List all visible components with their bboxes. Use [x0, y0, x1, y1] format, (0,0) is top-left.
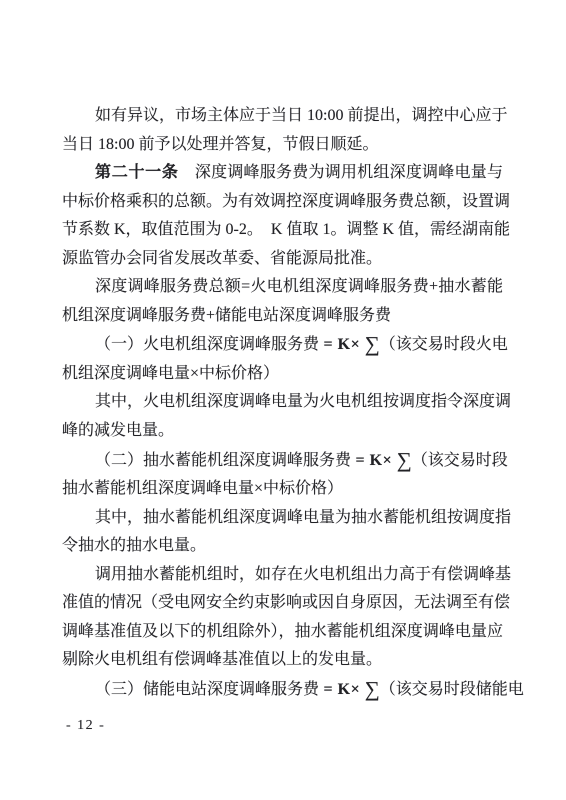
line-text: （该交易时段 [412, 452, 508, 469]
text-line: 令抽水的抽水电量。 [62, 532, 503, 561]
text-line: 峰的减发电量。 [62, 417, 503, 446]
line-text: 中标价格乘积的总额。为有效调控深度调峰服务费总额，设置调 [62, 193, 510, 210]
text-line: 当日 18:00 前予以处理并答复，节假日顺延。 [62, 131, 503, 160]
text-line: 节系数 K，取值范围为 0-2。 K 值取 1。调整 K 值，需经湖南能 [62, 216, 503, 245]
text-line-formula-thermal: （一）火电机组深度调峰服务费 = K× ∑（该交易时段火电 [62, 330, 503, 360]
line-text: 准值的情况（受电网安全约束影响或因自身原因，无法调至有偿 [62, 594, 510, 611]
line-text: 机组深度调峰电量×中标价格） [62, 365, 279, 382]
text-line: 源监管办会同省发展改革委、省能源局批准。 [62, 245, 503, 274]
page-number: - 12 - [66, 718, 105, 734]
line-text: 深度调峰服务费为调用机组深度调峰电量与 [179, 164, 503, 181]
line-text: （该交易时段储能电 [380, 681, 524, 698]
line-text: 调峰基准值及以下的机组除外），抽水蓄能机组深度调峰电量应 [62, 623, 503, 640]
line-text: 抽水蓄能机组深度调峰电量×中标价格） [62, 480, 343, 497]
text-line: 如有异议，市场主体应于当日 10:00 前提出，调控中心应于 [62, 102, 503, 131]
text-line: 抽水蓄能机组深度调峰电量×中标价格） [62, 475, 503, 504]
line-text: 调用抽水蓄能机组时，如存在火电机组出力高于有偿调峰基 [95, 566, 511, 583]
line-text: 其中，抽水蓄能机组深度调峰电量为抽水蓄能机组按调度指 [95, 509, 511, 526]
text-line: 中标价格乘积的总额。为有效调控深度调峰服务费总额，设置调 [62, 188, 503, 217]
sigma-symbol: ∑ [365, 332, 380, 356]
text-line: 调峰基准值及以下的机组除外），抽水蓄能机组深度调峰电量应 [62, 618, 503, 647]
text-line: 其中，抽水蓄能机组深度调峰电量为抽水蓄能机组按调度指 [62, 504, 503, 533]
text-line-formula-pumped-storage: （二）抽水蓄能机组深度调峰服务费 = K× ∑（该交易时段 [62, 446, 503, 476]
line-text: 深度调峰服务费总额=火电机组深度调峰服务费+抽水蓄能 [95, 278, 503, 295]
document-body: 如有异议，市场主体应于当日 10:00 前提出，调控中心应于 当日 18:00 … [62, 102, 503, 704]
line-text: 其中，火电机组深度调峰电量为火电机组按调度指令深度调 [95, 393, 511, 410]
line-text: （二）抽水蓄能机组深度调峰服务费 [95, 452, 351, 469]
text-line: 机组深度调峰电量×中标价格） [62, 360, 503, 389]
line-text: 峰的减发电量。 [62, 422, 174, 439]
document-page: 如有异议，市场主体应于当日 10:00 前提出，调控中心应于 当日 18:00 … [0, 0, 566, 800]
line-text: （该交易时段火电 [380, 336, 508, 353]
text-line: 其中，火电机组深度调峰电量为火电机组按调度指令深度调 [62, 388, 503, 417]
line-text: 节系数 K，取值范围为 0-2。 K 值取 1。调整 K 值，需经湖南能 [62, 221, 510, 238]
text-line-article-21: 第二十一条 深度调峰服务费为调用机组深度调峰电量与 [62, 159, 503, 188]
formula-operator: = K× [319, 681, 365, 698]
formula-operator: = K× [319, 336, 365, 353]
line-text: 剔除火电机组有偿调峰基准值以上的发电量。 [62, 651, 382, 668]
article-number: 第二十一条 [95, 164, 179, 181]
line-text: （一）火电机组深度调峰服务费 [95, 336, 319, 353]
line-text: 如有异议，市场主体应于当日 10:00 前提出，调控中心应于 [95, 107, 507, 124]
formula-operator: = K× [351, 452, 397, 469]
text-line: 调用抽水蓄能机组时，如存在火电机组出力高于有偿调峰基 [62, 561, 503, 590]
line-text: 当日 18:00 前予以处理并答复，节假日顺延。 [62, 136, 378, 153]
text-line: 机组深度调峰服务费+储能电站深度调峰服务费 [62, 302, 503, 331]
sigma-symbol: ∑ [397, 448, 412, 472]
line-text: 机组深度调峰服务费+储能电站深度调峰服务费 [62, 307, 391, 324]
text-line-formula-storage: （三）储能电站深度调峰服务费 = K× ∑（该交易时段储能电 [62, 675, 503, 705]
line-text: 源监管办会同省发展改革委、省能源局批准。 [62, 250, 382, 267]
line-text: 令抽水的抽水电量。 [62, 537, 206, 554]
text-line: 准值的情况（受电网安全约束影响或因自身原因，无法调至有偿 [62, 589, 503, 618]
text-line-formula-total: 深度调峰服务费总额=火电机组深度调峰服务费+抽水蓄能 [62, 273, 503, 302]
line-text: （三）储能电站深度调峰服务费 [95, 681, 319, 698]
text-line: 剔除火电机组有偿调峰基准值以上的发电量。 [62, 646, 503, 675]
sigma-symbol: ∑ [365, 677, 380, 701]
